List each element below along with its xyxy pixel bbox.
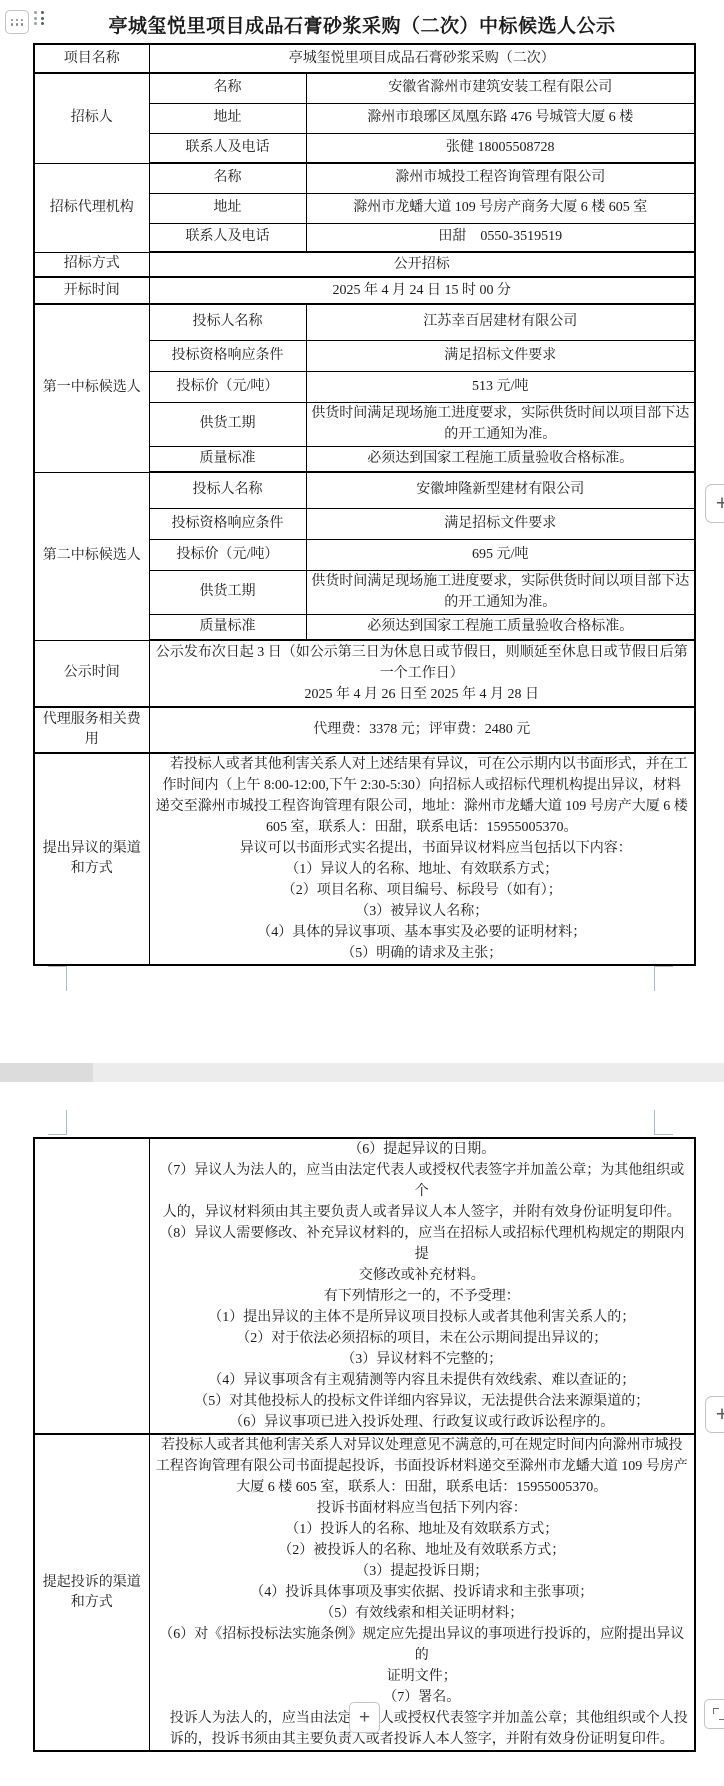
plus-icon: + [359,1707,370,1729]
page-break-band-segment [0,1063,93,1082]
publicity-time-label: 公示时间 [34,640,149,707]
agency-contact-value: 田甜 0550-3519519 [306,223,695,252]
margin-mark-bottom-left [48,966,67,991]
objection-continued-text: （6）提起异议的日期。（7）异议人为法人的，应当由法定代表人或授权代表签字并加盖… [149,1138,695,1434]
fullscreen-button[interactable] [704,1699,724,1729]
agency-name-label: 名称 [149,163,306,193]
project-name-value: 亭城玺悦里项目成品石膏砂浆采购（二次） [149,44,695,73]
candidate2-quality-value: 必须达到国家工程施工质量验收合格标准。 [306,614,695,640]
bidder-contact-value: 张健 18005508728 [306,133,695,163]
agency-address-value: 滁州市龙蟠大道 109 号房产商务大厦 6 楼 605 室 [306,193,695,223]
objection-label: 提出异议的渠道和方式 [34,753,149,965]
candidate2-name-value: 安徽坤隆新型建材有限公司 [306,472,695,508]
margin-mark-top-left [48,1110,67,1135]
bidder-address-value: 滁州市琅琊区凤凰东路 476 号城管大厦 6 楼 [306,103,695,133]
candidate1-qualification-value: 满足招标文件要求 [306,340,695,371]
candidate1-delivery-value: 供货时间满足现场施工进度要求，实际供货时间以项目部下达的开工通知为准。 [306,402,695,446]
page-break-band [0,1063,724,1082]
candidate2-price-label: 投标价（元/吨） [149,539,306,570]
expand-corners-icon [713,1708,724,1720]
candidate1-delivery-label: 供货工期 [149,402,306,446]
candidate1-name-value: 江苏幸百居建材有限公司 [306,304,695,340]
margin-mark-bottom-right [654,966,673,991]
opening-time-value: 2025 年 4 月 24 日 15 时 00 分 [149,277,695,304]
candidate1-name-label: 投标人名称 [149,304,306,340]
objection-text: 若投标人或者其他利害关系人对上述结果有异议，可在公示期内以书面形式，并在工作时间… [149,753,695,965]
method-label: 招标方式 [34,252,149,277]
add-annotation-button[interactable]: + [705,484,724,523]
opening-time-label: 开标时间 [34,277,149,304]
agency-name-value: 滁州市城投工程咨询管理有限公司 [306,163,695,193]
candidate2-delivery-label: 供货工期 [149,570,306,614]
announcement-table-page2: （6）提起异议的日期。（7）异议人为法人的，应当由法定代表人或授权代表签字并加盖… [33,1137,696,1752]
margin-mark-top-right [654,1110,673,1135]
candidate1-label: 第一中标候选人 [34,304,149,472]
complaint-label: 提起投诉的渠道和方式 [34,1434,149,1751]
method-value: 公开招标 [149,252,695,277]
bidder-address-label: 地址 [149,103,306,133]
candidate2-qualification-value: 满足招标文件要求 [306,508,695,539]
candidate1-price-label: 投标价（元/吨） [149,371,306,402]
add-content-button[interactable]: + [349,1702,380,1733]
agency-address-label: 地址 [149,193,306,223]
bidder-contact-label: 联系人及电话 [149,133,306,163]
objection-continued-label-cell [34,1138,149,1434]
candidate1-qualification-label: 投标资格响应条件 [149,340,306,371]
agency-contact-label: 联系人及电话 [149,223,306,252]
candidate1-quality-label: 质量标准 [149,446,306,472]
candidate2-name-label: 投标人名称 [149,472,306,508]
bidder-label: 招标人 [34,73,149,163]
publicity-time-value: 公示发布次日起 3 日（如公示第三日为休息日或节假日，则顺延至休息日或节假日后第… [149,640,695,707]
fees-value: 代理费：3378 元；评审费：2480 元 [149,707,695,753]
page-title: 亭城玺悦里项目成品石膏砂浆采购（二次）中标候选人公示 [0,11,724,38]
fees-label: 代理服务相关费用 [34,707,149,753]
candidate2-delivery-value: 供货时间满足现场施工进度要求，实际供货时间以项目部下达的开工通知为准。 [306,570,695,614]
bidder-name-value: 安徽省滁州市建筑安装工程有限公司 [306,73,695,103]
complaint-text: 若投标人或者其他利害关系人对异议处理意见不满意的,可在规定时间内向滁州市城投工程… [149,1434,695,1751]
plus-icon: + [716,492,724,516]
candidate2-label: 第二中标候选人 [34,472,149,640]
add-annotation-button-2[interactable]: + [705,1396,724,1433]
candidate2-qualification-label: 投标资格响应条件 [149,508,306,539]
plus-icon: + [716,1403,724,1427]
candidate2-quality-label: 质量标准 [149,614,306,640]
candidate1-price-value: 513 元/吨 [306,371,695,402]
bidder-name-label: 名称 [149,73,306,103]
agency-label: 招标代理机构 [34,163,149,252]
candidate1-quality-value: 必须达到国家工程施工质量验收合格标准。 [306,446,695,472]
announcement-table-page1: 项目名称 亭城玺悦里项目成品石膏砂浆采购（二次） 招标人 名称 安徽省滁州市建筑… [33,43,696,966]
project-name-label: 项目名称 [34,44,149,73]
candidate2-price-value: 695 元/吨 [306,539,695,570]
